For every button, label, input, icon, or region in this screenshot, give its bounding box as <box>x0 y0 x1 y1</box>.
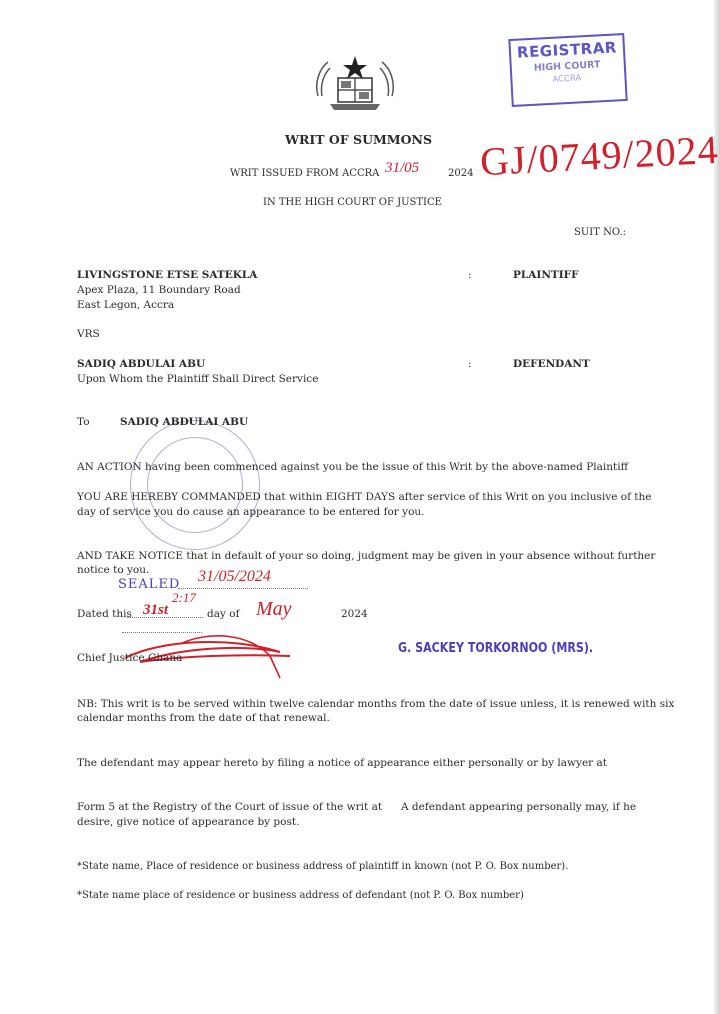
plaintiff-role: PLAINTIFF <box>513 268 579 283</box>
plaintiff-address-line2: East Legon, Accra <box>77 298 174 313</box>
defendant-note: Upon Whom the Plaintiff Shall Direct Ser… <box>77 372 318 387</box>
dated-month-handwritten: May <box>256 598 292 621</box>
defendant-name: SADIQ ABDULAI ABU <box>77 357 205 372</box>
sealed-label: SEALED <box>118 577 180 592</box>
form5-line2: desire, give notice of appearance by pos… <box>77 815 299 830</box>
nb-line2: calendar months from the date of that re… <box>77 711 330 726</box>
footnote-defendant: *State name place of residence or busine… <box>77 888 524 903</box>
paragraph-notice-line1: AND TAKE NOTICE that in default of your … <box>77 549 655 564</box>
suit-number-handwritten: GJ/0749/2024 <box>479 126 720 185</box>
dated-time-handwritten: 2:17 <box>172 590 196 606</box>
form5-right: A defendant appearing personally may, if… <box>401 800 636 815</box>
dated-label: Dated this <box>77 607 132 622</box>
versus: VRS <box>77 327 100 342</box>
dated-day-handwritten: 31st <box>143 602 168 619</box>
plaintiff-address-line1: Apex Plaza, 11 Boundary Road <box>77 283 241 298</box>
paragraph-notice-line2: notice to you. <box>77 563 149 578</box>
court-name: IN THE HIGH COURT OF JUSTICE <box>263 195 442 210</box>
footnote-plaintiff: *State name, Place of residence or busin… <box>77 859 568 874</box>
plaintiff-name: LIVINGSTONE ETSE SATEKLA <box>77 268 257 283</box>
registrar-stamp: REGISTRAR HIGH COURT ACCRA <box>508 33 627 107</box>
defendant-role: DEFENDANT <box>513 357 590 372</box>
paragraph-command-line2: day of service you do cause an appearanc… <box>77 505 425 520</box>
issued-handwritten-date: 31/05 <box>385 160 419 177</box>
chief-justice-label: Chief Justice Ghana <box>77 651 182 666</box>
dated-year: 2024 <box>341 607 368 622</box>
form5-left: Form 5 at the Registry of the Court of i… <box>77 800 382 815</box>
suit-no-label: SUIT NO.: <box>574 225 626 240</box>
paragraph-action: AN ACTION having been commenced against … <box>77 460 628 475</box>
sealed-dotted-line <box>178 588 308 589</box>
nb-line1: NB: This writ is to be served within twe… <box>77 697 674 712</box>
plaintiff-colon: : <box>468 268 472 283</box>
court-seal-stamp <box>130 420 260 550</box>
sealed-handwritten-date: 31/05/2024 <box>198 568 271 586</box>
day-of-label: day of <box>207 607 239 622</box>
paragraph-command-line1: YOU ARE HEREBY COMMANDED that within EIG… <box>77 490 652 505</box>
issued-from: WRIT ISSUED FROM ACCRA <box>230 166 379 181</box>
page-title: WRIT OF SUMMONS <box>285 132 432 147</box>
signatory-stamp: G. SACKEY TORKORNOO (MRS). <box>398 640 593 656</box>
to-name: SADIQ ABDULAI ABU <box>120 415 248 430</box>
appearance-paragraph: The defendant may appear hereto by filin… <box>77 756 607 771</box>
ghana-coat-of-arms-icon <box>310 52 400 114</box>
to-label: To <box>77 415 90 430</box>
issued-year: 2024 <box>448 166 473 181</box>
defendant-colon: : <box>468 357 472 372</box>
